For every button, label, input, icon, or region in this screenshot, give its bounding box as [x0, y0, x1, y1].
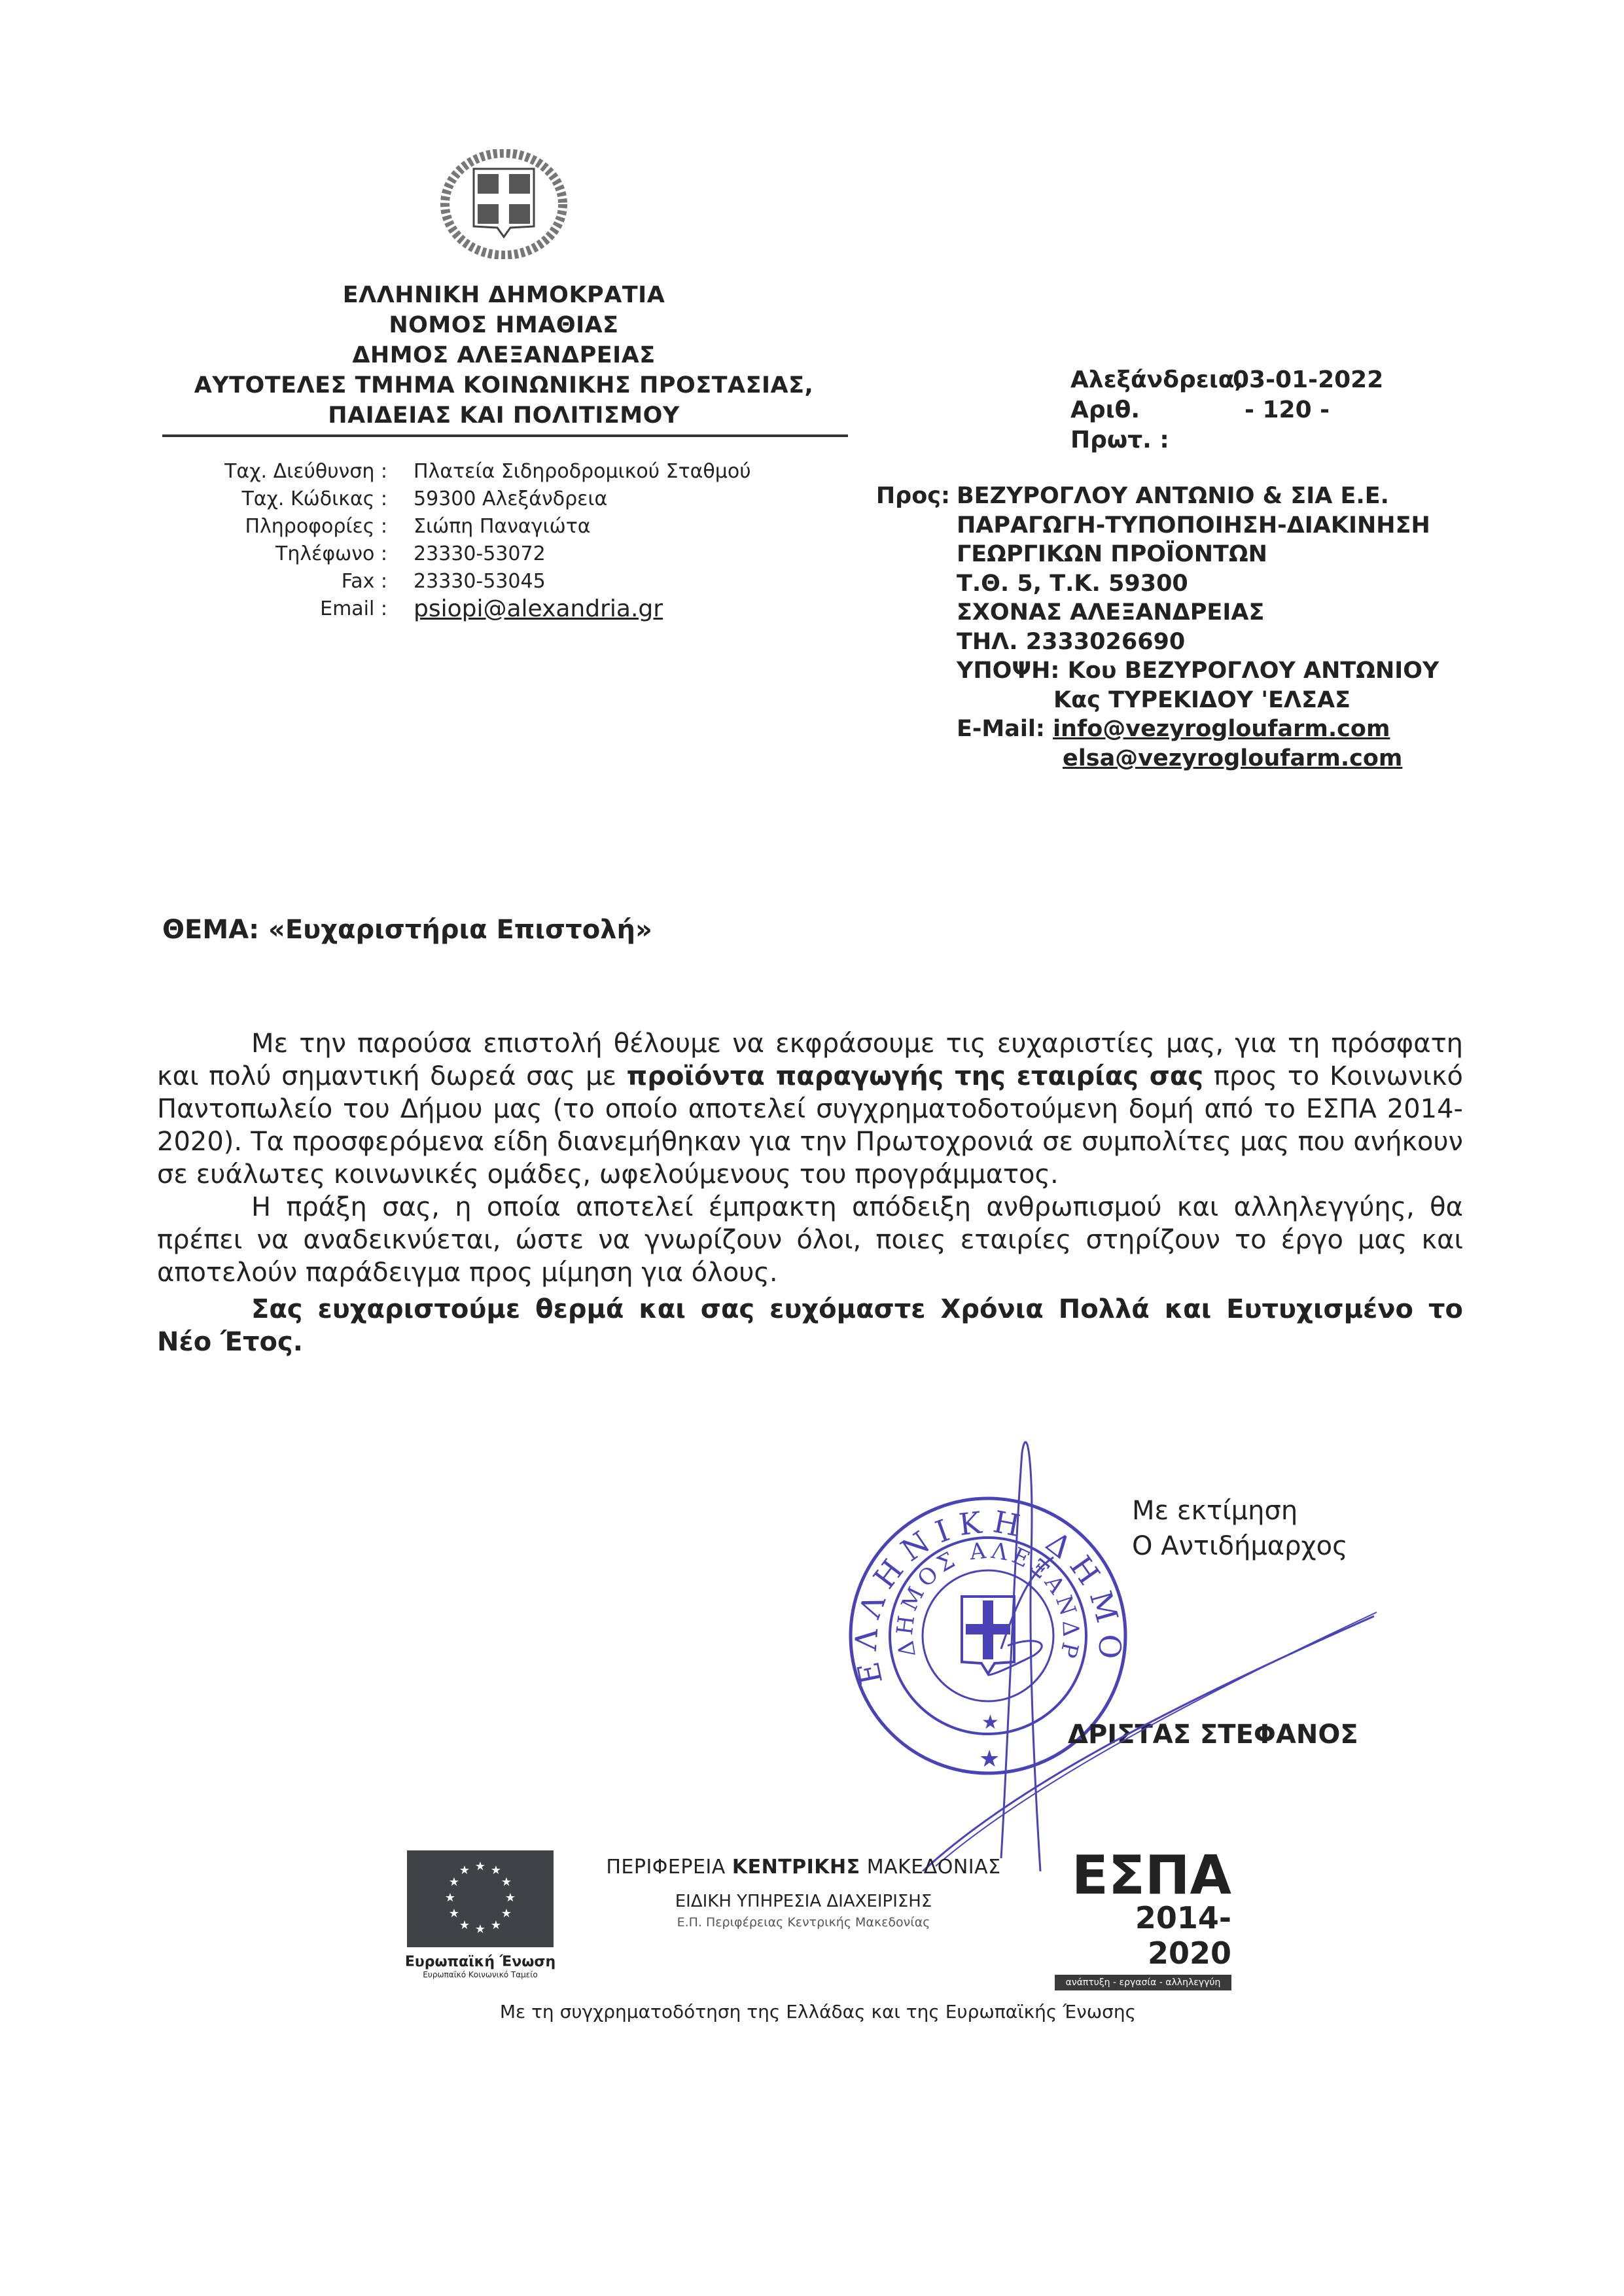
- document-date: 03-01-2022: [1227, 365, 1383, 395]
- recipient-email-link[interactable]: info@vezyrogloufarm.com: [1053, 715, 1390, 744]
- place-label: Αλεξάνδρεια,: [1070, 365, 1227, 395]
- sender-row: Fax :23330-53045: [183, 568, 751, 595]
- attention-label: ΥΠΟΨΗ:: [957, 656, 1059, 686]
- attention-name: Κας ΤΥΡΕΚΙΔΟΥ 'ΕΛΣΑΣ: [957, 686, 1350, 715]
- recipient-email-label: E-Mail:: [957, 715, 1045, 744]
- sender-row: Πληροφορίες :Σιώπη Παναγιώτα: [183, 513, 751, 540]
- svg-text:★: ★: [501, 1907, 512, 1920]
- recipient-block: Προς:ΒΕΖΥΡΟΓΛΟΥ ΑΝΤΩΝΙΟ & ΣΙΑ Ε.Ε. ΠΑΡΑΓ…: [851, 482, 1439, 773]
- region-name: ΠΕΡΙΦΕΡΕΙΑ ΚΕΝΤΡΙΚΗΣ ΜΑΚΕΔΟΝΙΑΣ: [574, 1856, 1033, 1879]
- recipient-line: ΠΑΡΑΓΩΓΗ-ΤΥΠΟΠΟΙΗΣΗ-ΔΙΑΚΙΝΗΣΗ: [957, 511, 1430, 540]
- region-prefix: ΠΕΡΙΦΕΡΕΙΑ: [606, 1856, 732, 1879]
- body-emphasis: προϊόντα παραγωγής της εταιρίας σας: [627, 1061, 1203, 1091]
- sender-row: Email :psiopi@alexandria.gr: [183, 595, 751, 624]
- svg-text:★: ★: [491, 1863, 501, 1877]
- managing-authority: ΕΙΔΙΚΗ ΥΠΗΡΕΣΙΑ ΔΙΑΧΕΙΡΙΣΗΣ: [574, 1892, 1033, 1911]
- espa-tagline: ανάπτυξη - εργασία - αλληλεγγύη: [1055, 1975, 1231, 1990]
- espa-logo: ΕΣΠΑ 2014-2020 ανάπτυξη - εργασία - αλλη…: [1055, 1852, 1231, 1990]
- body-paragraph: Με την παρούσα επιστολή θέλουμε να εκφρά…: [157, 1027, 1463, 1191]
- operational-program: Ε.Π. Περιφέρειας Κεντρικής Μακεδονίας: [574, 1915, 1033, 1930]
- issuer-header: ΕΛΛΗΝΙΚΗ ΔΗΜΟΚΡΑΤΙΑ ΝΟΜΟΣ ΗΜΑΘΙΑΣ ΔΗΜΟΣ …: [157, 280, 851, 431]
- svg-text:★: ★: [475, 1860, 485, 1873]
- eu-title: Ευρωπαϊκή Ένωση: [404, 1954, 556, 1970]
- header-line: ΝΟΜΟΣ ΗΜΑΘΙΑΣ: [157, 310, 851, 340]
- sender-row: Τηλέφωνο :23330-53072: [183, 540, 751, 568]
- header-line: ΑΥΤΟΤΕΛΕΣ ΤΜΗΜΑ ΚΟΙΝΩΝΙΚΗΣ ΠΡΟΣΤΑΣΙΑΣ,: [157, 370, 851, 400]
- sender-value: 23330-53072: [414, 540, 546, 568]
- header-line: ΕΛΛΗΝΙΚΗ ΔΗΜΟΚΡΑΤΙΑ: [157, 280, 851, 310]
- protocol-number: - 120 -: [1227, 395, 1330, 455]
- svg-text:★: ★: [459, 1918, 470, 1932]
- recipient-line: ΓΕΩΡΓΙΚΩΝ ΠΡΟΪΟΝΤΩΝ: [957, 540, 1267, 569]
- sender-label: Fax :: [183, 568, 414, 595]
- eu-subtitle: Ευρωπαϊκό Κοινωνικό Ταμείο: [404, 1970, 556, 1979]
- sender-value: Σιώπη Παναγιώτα: [414, 513, 591, 540]
- sender-value: 23330-53045: [414, 568, 546, 595]
- region-suffix: ΜΑΚΕΔΟΝΙΑΣ: [860, 1856, 1001, 1879]
- recipient-line: ΣΧΟΝΑΣ ΑΛΕΞΑΝΔΡΕΙΑΣ: [957, 598, 1264, 627]
- sender-label: Ταχ. Κώδικας :: [183, 486, 414, 513]
- sender-value: 59300 Αλεξάνδρεια: [414, 486, 607, 513]
- letter-body: Με την παρούσα επιστολή θέλουμε να εκφρά…: [157, 1027, 1463, 1358]
- handwritten-signature-icon: [838, 1426, 1466, 1871]
- protocol-label: Αριθ. Πρωτ. :: [1070, 395, 1227, 455]
- eu-flag-icon: ★★★ ★★★ ★★★ ★★★: [407, 1850, 554, 1947]
- sender-label: Πληροφορίες :: [183, 513, 414, 540]
- svg-text:★: ★: [459, 1863, 470, 1877]
- sender-value: Πλατεία Σιδηροδρομικού Σταθμού: [414, 458, 751, 486]
- recipient-email-link[interactable]: elsa@vezyrogloufarm.com: [957, 744, 1402, 773]
- subject-line: ΘΕΜΑ: «Ευχαριστήρια Επιστολή»: [162, 915, 652, 945]
- sender-label: Τηλέφωνο :: [183, 540, 414, 568]
- eu-caption: Ευρωπαϊκή Ένωση Ευρωπαϊκό Κοινωνικό Ταμε…: [404, 1954, 556, 1979]
- espa-wordmark: ΕΣΠΑ: [1055, 1852, 1231, 1900]
- svg-text:★: ★: [449, 1907, 459, 1920]
- sender-label: Email :: [183, 595, 414, 624]
- sender-row: Ταχ. Κώδικας :59300 Αλεξάνδρεια: [183, 486, 751, 513]
- espa-years: 2014-2020: [1055, 1900, 1231, 1971]
- recipient-line: ΒΕΖΥΡΟΓΛΟΥ ΑΝΤΩΝΙΟ & ΣΙΑ Ε.Ε.: [957, 482, 1389, 511]
- sender-label: Ταχ. Διεύθυνση :: [183, 458, 414, 486]
- svg-text:★: ★: [505, 1891, 516, 1905]
- recipient-line: Τ.Θ. 5, Τ.Κ. 59300: [957, 569, 1188, 599]
- date-block: Αλεξάνδρεια, 03-01-2022 Αριθ. Πρωτ. : - …: [1070, 365, 1383, 455]
- to-label: Προς:: [851, 482, 957, 511]
- region-bold: ΚΕΝΤΡΙΚΗΣ: [732, 1856, 860, 1879]
- greek-coat-of-arms-icon: [440, 149, 568, 259]
- header-divider: [162, 434, 848, 437]
- header-line: ΔΗΜΟΣ ΑΛΕΞΑΝΔΡΕΙΑΣ: [157, 340, 851, 370]
- closing-wishes: Σας ευχαριστούμε θερμά και σας ευχόμαστε…: [157, 1293, 1463, 1358]
- header-line: ΠΑΙΔΕΙΑΣ ΚΑΙ ΠΟΛΙΤΙΣΜΟΥ: [157, 400, 851, 431]
- svg-text:★: ★: [475, 1922, 485, 1936]
- svg-text:★: ★: [491, 1918, 501, 1932]
- svg-text:★: ★: [449, 1875, 459, 1889]
- body-paragraph: Η πράξη σας, η οποία αποτελεί έμπρακτη α…: [157, 1191, 1463, 1289]
- sender-row: Ταχ. Διεύθυνση :Πλατεία Σιδηροδρομικού Σ…: [183, 458, 751, 486]
- sender-info: Ταχ. Διεύθυνση :Πλατεία Σιδηροδρομικού Σ…: [183, 458, 751, 624]
- cofunding-note: Με τη συγχρηματοδότηση της Ελλάδας και τ…: [393, 2001, 1243, 2022]
- region-block: ΠΕΡΙΦΕΡΕΙΑ ΚΕΝΤΡΙΚΗΣ ΜΑΚΕΔΟΝΙΑΣ ΕΙΔΙΚΗ Υ…: [574, 1856, 1033, 1930]
- sender-email-link[interactable]: psiopi@alexandria.gr: [414, 595, 663, 622]
- attention-name: Κου ΒΕΖΥΡΟΓΛΟΥ ΑΝΤΩΝΙΟΥ: [1068, 656, 1439, 686]
- recipient-line: ΤΗΛ. 2333026690: [957, 627, 1185, 657]
- svg-text:★: ★: [501, 1875, 512, 1889]
- svg-text:★: ★: [445, 1891, 455, 1905]
